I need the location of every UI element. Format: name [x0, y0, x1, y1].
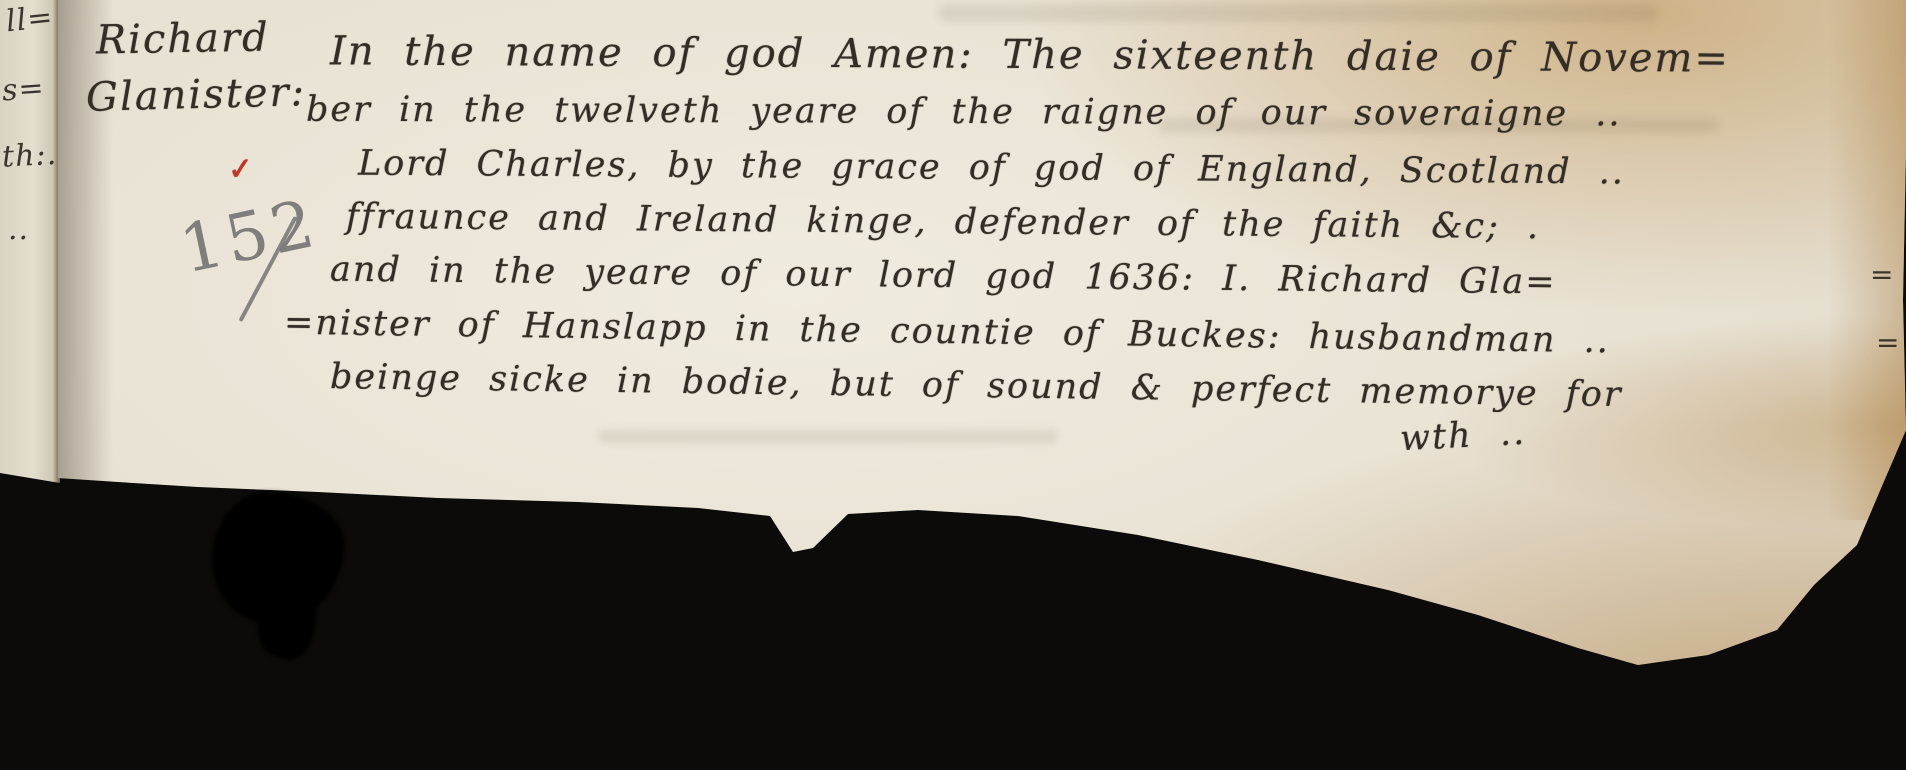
torn-shadow-blob [258, 588, 316, 660]
red-check-icon: ✓ [227, 151, 255, 188]
manuscript-line-7: beinge sicke in bodie, but of sound & pe… [330, 357, 1623, 415]
right-edge-mark: = [1870, 258, 1893, 291]
manuscript-line-6: =nister of Hanslapp in the countie of Bu… [284, 303, 1610, 362]
photo-frame: ll= s= th:.. .. Richard Glanister: ✓ 152… [0, 0, 1906, 770]
manuscript-line-3: Lord Charles, by the grace of god of Eng… [358, 144, 1625, 193]
bleedthrough-smudge [938, 4, 1658, 22]
right-edge-mark: = [1876, 326, 1899, 359]
fragment-mark: ll= [4, 0, 55, 39]
fragment-mark: s= [1, 71, 46, 109]
manuscript-line-4: ffraunce and Ireland kinge, defender of … [346, 197, 1540, 247]
fragment-mark: .. [8, 212, 29, 247]
manuscript-line-5: and in the yeare of our lord god 1636: I… [330, 250, 1557, 303]
bleedthrough-smudge [598, 430, 1058, 443]
margin-testator-name-line2: Glanister: [85, 69, 306, 121]
margin-testator-name-line1: Richard [96, 14, 270, 63]
manuscript-line-1: In the name of god Amen: The sixteenth d… [330, 28, 1730, 81]
stain-right-edge [1828, 0, 1906, 520]
catchword: wth .. [1399, 413, 1527, 460]
manuscript-page: Richard Glanister: ✓ 152 In the name of … [58, 0, 1906, 770]
manuscript-line-2: ber in the twelveth yeare of the raigne … [306, 90, 1622, 135]
pencil-page-number: 152 [174, 184, 325, 288]
previous-page-fragment: ll= s= th:.. .. [0, 0, 60, 770]
